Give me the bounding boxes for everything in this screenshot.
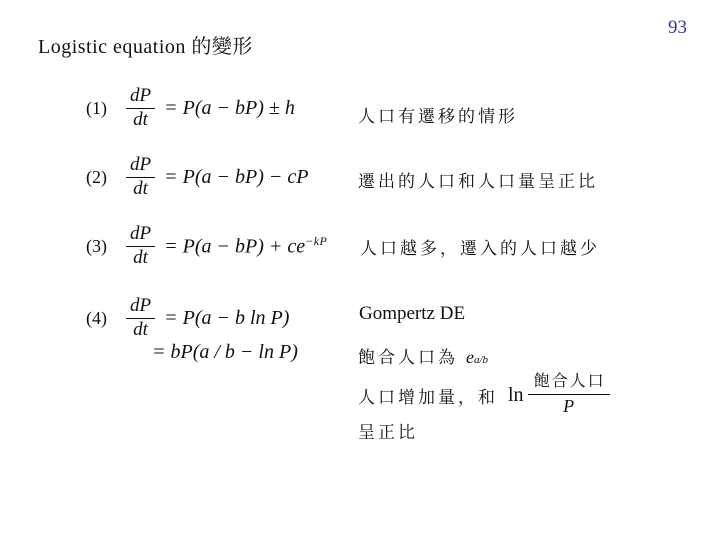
fraction-denominator: dt — [133, 109, 148, 131]
growth-suffix: 呈正比 — [358, 418, 418, 443]
ln-operator: ln — [508, 384, 524, 407]
e-exponential: e — [466, 347, 474, 368]
equation-1: (1) dP dt = P(a − bP) ± h — [86, 82, 295, 134]
equation-1-rhs: = P(a − bP) ± h — [164, 97, 295, 120]
page-number: 93 — [668, 17, 687, 39]
fraction-dP-dt: dP dt — [126, 86, 155, 130]
growth-prefix: 人口增加量，和 — [358, 383, 498, 408]
fraction-denominator: P — [563, 395, 574, 417]
fraction-numerator: dP — [126, 296, 155, 319]
equation-3-rhs: = P(a − bP) + ce−kP — [164, 234, 327, 259]
equation-3-note: 人口越多，遷入的人口越少 — [360, 234, 600, 259]
equation-1-label: (1) — [86, 98, 126, 119]
saturation-label: 飽合人口為 — [358, 343, 458, 368]
equation-4-rhs: = P(a − b ln P) — [164, 307, 289, 330]
equation-1-note: 人口有遷移的情形 — [358, 102, 518, 127]
slide-title: Logistic equation 的變形 — [38, 30, 253, 59]
equation-2-label: (2) — [86, 167, 126, 188]
fraction-denominator: dt — [133, 247, 148, 269]
equation-4-line2: = bP(a / b − ln P) — [152, 341, 298, 364]
fraction-dP-dt: dP dt — [126, 224, 155, 268]
fraction-dP-dt: dP dt — [126, 296, 155, 340]
equation-4-note-gompertz: Gompertz DE — [359, 303, 465, 325]
fraction-numerator: 飽合人口 — [528, 373, 610, 394]
equation-2: (2) dP dt = P(a − bP) − cP — [86, 151, 308, 203]
growth-proportional-line: 人口增加量，和 ln 飽合人口 P — [358, 369, 610, 421]
fraction-denominator: dt — [133, 319, 148, 341]
equation-2-note: 遷出的人口和人口量呈正比 — [358, 167, 598, 192]
equation-3-label: (3) — [86, 236, 126, 257]
equation-4-label: (4) — [86, 308, 126, 329]
equation-3-exponent: −kP — [305, 234, 327, 248]
slide: Logistic equation 的變形 93 (1) dP dt = P(a… — [0, 0, 720, 540]
saturation-population-line: 飽合人口為 e a/b — [358, 343, 488, 368]
fraction-numerator: dP — [126, 86, 155, 109]
fraction-numerator: dP — [126, 155, 155, 178]
fraction-dP-dt: dP dt — [126, 155, 155, 199]
e-exponent: a/b — [474, 354, 488, 366]
fraction-numerator: dP — [126, 224, 155, 247]
equation-2-rhs: = P(a − bP) − cP — [164, 166, 308, 189]
equation-4: (4) dP dt = P(a − b ln P) — [86, 292, 289, 344]
equation-3: (3) dP dt = P(a − bP) + ce−kP — [86, 220, 327, 272]
fraction-denominator: dt — [133, 178, 148, 200]
fraction-saturation-over-P: 飽合人口 P — [528, 373, 610, 416]
equation-3-rhs-main: = P(a − bP) + ce — [164, 235, 305, 257]
